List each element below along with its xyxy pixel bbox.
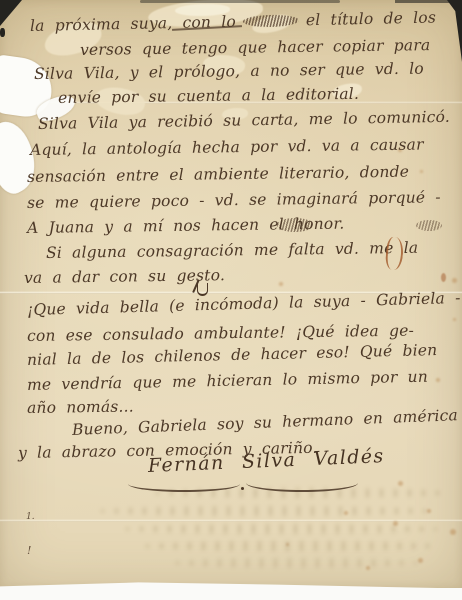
letter-line: la próxima suya, con lo el título de los <box>30 7 436 36</box>
insertion-mark <box>197 283 208 296</box>
letter-line: año nomás... <box>27 397 134 418</box>
letter-line: sensación entre el ambiente literario, d… <box>27 162 409 187</box>
margin-mark: 1. <box>26 512 35 522</box>
letter-line-text: el título de los <box>306 7 437 30</box>
letter-line: versos que tengo que hacer copiar para <box>80 35 431 60</box>
letter-line-text: la próxima suya, con lo <box>30 12 236 36</box>
ghost-writing <box>170 558 420 568</box>
ink-dot <box>241 487 244 490</box>
ink-scribble <box>416 220 442 231</box>
ghost-writing <box>95 506 435 516</box>
ink-scribble <box>277 218 313 232</box>
scan-background-corner <box>0 0 22 26</box>
letter-line: Silva Vila, y el prólogo, a no ser que v… <box>34 59 424 84</box>
foxing-spot <box>398 481 403 486</box>
scanned-letter-page: la próxima suya, con lo el título de los… <box>0 0 462 600</box>
ghost-writing <box>140 541 440 551</box>
margin-mark: ! <box>27 544 31 557</box>
signature-flourish <box>246 474 358 492</box>
signature-flourish <box>128 476 240 492</box>
ink-scribble <box>243 14 299 27</box>
letter-line: Silva Vila ya recibió su carta, me lo co… <box>38 107 450 134</box>
scan-background-nick <box>0 28 5 37</box>
foxing-spot <box>452 278 457 283</box>
foxing-spot <box>436 378 440 382</box>
letter-line: me vendría que me hicieran lo mismo por … <box>27 367 428 395</box>
scan-background-sliver <box>395 0 450 3</box>
letter-line: se me quiere poco - vd. se imaginará por… <box>27 187 441 213</box>
foxing-spot <box>450 529 456 535</box>
ghost-writing <box>120 524 440 534</box>
letter-line: envíe por su cuenta a la editorial. <box>58 84 359 108</box>
foxing-spot <box>453 318 456 321</box>
letter-line: Aquí, la antología hecha por vd. va a ca… <box>30 135 424 160</box>
letter-paper: la próxima suya, con lo el título de los… <box>0 0 462 588</box>
foxing-spot <box>420 170 423 173</box>
scan-background-edge <box>447 0 462 62</box>
foxing-spot <box>279 282 283 286</box>
letter-line: Si alguna consagración me falta vd. me l… <box>46 238 419 263</box>
rust-stain <box>441 273 446 282</box>
scan-background-sliver <box>140 0 340 3</box>
